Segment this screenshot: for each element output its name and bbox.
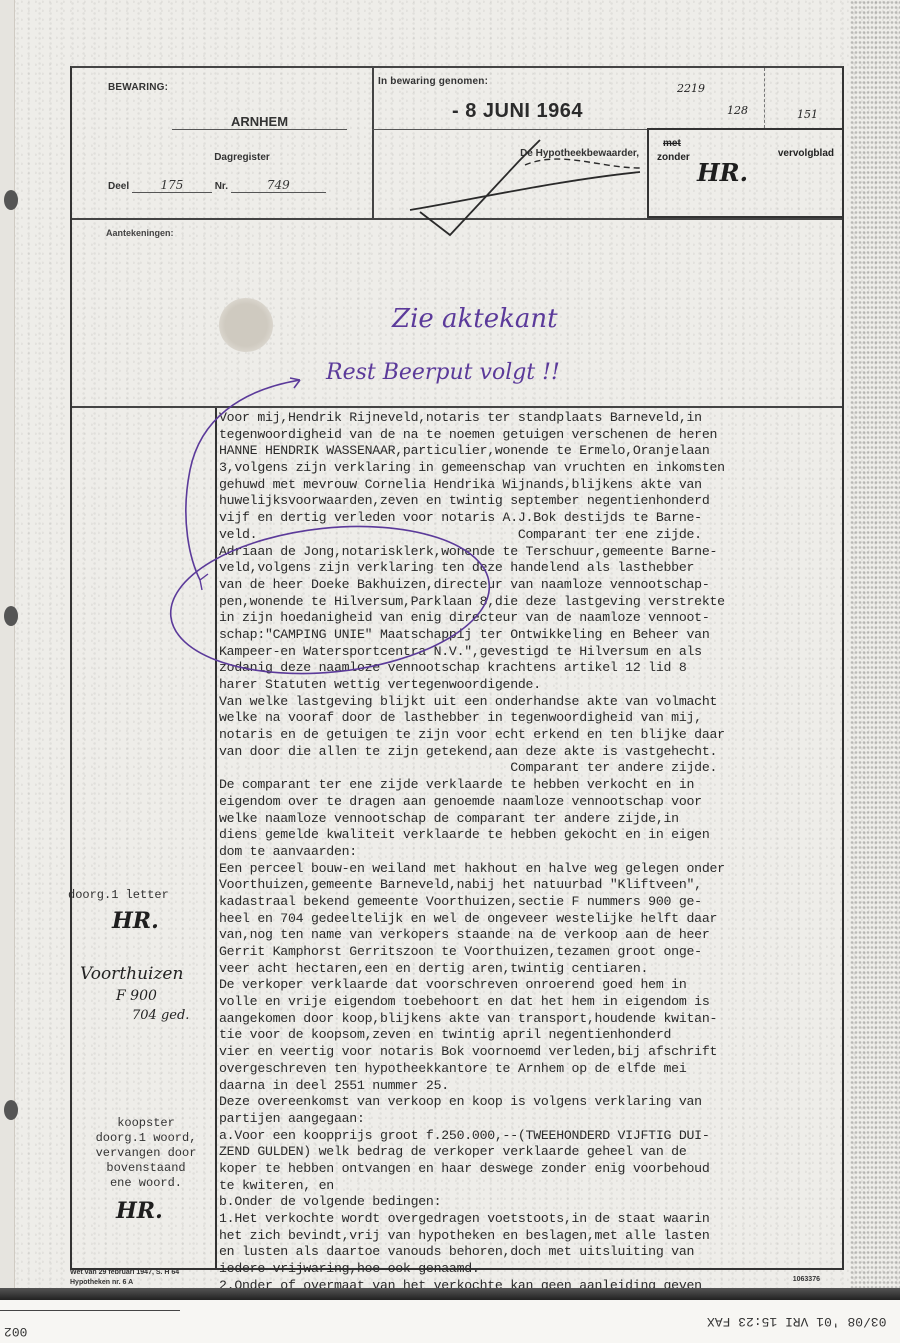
deed-line: vijf en dertig verleden voor notaris A.J… — [219, 510, 839, 527]
ref-number-1: 2219 — [677, 82, 705, 95]
bewaring-label: BEWARING: — [108, 82, 168, 93]
deed-line: veer acht hectaren,een en dertig aren,tw… — [219, 961, 839, 978]
deed-line: te kwiteren, en — [219, 1178, 839, 1195]
deed-line: koper te hebben ontvangen en haar desweg… — [219, 1161, 839, 1178]
margin-initials: HR. — [112, 908, 159, 934]
deed-line: van de heer Doeke Bakhuizen,directeur va… — [219, 577, 839, 594]
note-line: koopster — [86, 1116, 206, 1131]
margin-note-doorg-letter: doorg.1 letter — [68, 888, 169, 903]
vervolgblad-label: vervolgblad — [778, 148, 834, 159]
deed-line: eigendom over te dragen aan genoemde naa… — [219, 794, 839, 811]
margin-initials-2: HR. — [116, 1198, 163, 1224]
deed-line: dom te aanvaarden: — [219, 844, 839, 861]
fax-strip: 03/08 '01 VRI 15:23 FAX 002 — [0, 1300, 900, 1343]
paper-stain — [219, 298, 273, 352]
deed-line: diens gemelde kwaliteit verklaarde te he… — [219, 827, 839, 844]
divider — [372, 129, 647, 130]
deed-line: veld. Comparant ter ene zijde. — [219, 527, 839, 544]
register-label: Dagregister — [182, 152, 302, 163]
deed-line: van,nog ten name van verkopers staande n… — [219, 927, 839, 944]
punch-hole — [4, 190, 18, 210]
aantekeningen-label: Aantekeningen: — [106, 228, 174, 238]
scan-noise-edge — [850, 0, 900, 1300]
registration-box: BEWARING: ARNHEM Dagregister Deel 175 Nr… — [72, 68, 374, 218]
deed-line: tegenwoordigheid van de na te noemen get… — [219, 427, 839, 444]
initials-signature: HR. — [697, 158, 748, 187]
divider — [764, 68, 765, 128]
vervolgblad-box: met zonder vervolgblad HR. — [647, 128, 844, 218]
deed-line: vier en veertig voor notaris Bok voornoe… — [219, 1044, 839, 1061]
deed-line: 1.Het verkochte wordt overgedragen voets… — [219, 1211, 839, 1228]
deed-line: harer Statuten wettig vertegenwoordigend… — [219, 677, 839, 694]
ref-number-2: 128 — [727, 104, 748, 117]
note-line: doorg.1 woord, — [86, 1131, 206, 1146]
deed-line: De verkoper verklaarde dat voorschreven … — [219, 977, 839, 994]
deed-line: ZEND GULDEN) welk bedrag de verkoper ver… — [219, 1144, 839, 1161]
scan-edge-bar — [0, 1288, 900, 1300]
deed-line: Kampeer-en Watersportcentra N.V.",gevest… — [219, 644, 839, 661]
deed-line: heel en 704 gedeeltelijk en wel de ongev… — [219, 911, 839, 928]
deed-line: welke naamloze vennootschap de comparant… — [219, 811, 839, 828]
margin-parcel: 704 ged. — [132, 1008, 189, 1023]
met-label: met — [663, 138, 681, 149]
deed-line: partijen aangegaan: — [219, 1111, 839, 1128]
margin-column: doorg.1 letter HR. Voorthuizen F 900 704… — [72, 408, 217, 1268]
deed-line: HANNE HENDRIK WASSENAAR,particulier,wone… — [219, 443, 839, 460]
deed-line: volle en vrije eigendom toebehoort en da… — [219, 994, 839, 1011]
form-footer: Wet van 29 februari 1947, S. H 64 Hypoth… — [70, 1268, 179, 1288]
deed-line: kadastraal bekend gemeente Voorthuizen,s… — [219, 894, 839, 911]
deed-line: Deze overeenkomst van verkoop en koop is… — [219, 1094, 839, 1111]
deed-line: notaris en de getuigen te zijn voor echt… — [219, 727, 839, 744]
deel-label: Deel — [108, 181, 129, 192]
ref-number-3: 151 — [797, 108, 818, 121]
deed-line: b.Onder de volgende bedingen: — [219, 1194, 839, 1211]
deed-line: a.Voor een koopprijs groot f.250.000,--(… — [219, 1128, 839, 1145]
deed-line: De comparant ter ene zijde verklaarde te… — [219, 777, 839, 794]
deed-line: veld,volgens zijn verklaring ten deze ha… — [219, 560, 839, 577]
deed-line: Een perceel bouw-en weiland met hakhout … — [219, 861, 839, 878]
deed-line: Voor mij,Hendrik Rijneveld,notaris ter s… — [219, 410, 839, 427]
custody-box: In bewaring genomen: - 8 JUNI 1964 De Hy… — [372, 68, 647, 218]
divider — [72, 218, 842, 220]
punch-hole — [4, 1100, 18, 1120]
deed-line: 3,volgens zijn verklaring in gemeenschap… — [219, 460, 839, 477]
nr-value: 749 — [231, 178, 326, 193]
deed-line: Adriaan de Jong,notarisklerk,wonende te … — [219, 544, 839, 561]
law-reference: Wet van 29 februari 1947, S. H 64 — [70, 1268, 179, 1278]
deed-line: Van welke lastgeving blijkt uit een onde… — [219, 694, 839, 711]
punch-hole — [4, 606, 18, 626]
note-line: bovenstaand — [86, 1161, 206, 1176]
deel-nr-row: Deel 175 Nr. 749 — [108, 178, 353, 193]
deed-line: in zijn hoedanigheid van enig directeur … — [219, 610, 839, 627]
deed-body: doorg.1 letter HR. Voorthuizen F 900 704… — [72, 406, 842, 1270]
margin-place: Voorthuizen — [80, 964, 183, 984]
deed-line: huwelijksvoorwaarden,zeven en twintig se… — [219, 493, 839, 510]
nr-label: Nr. — [215, 181, 228, 192]
annotation-rest-beerput: Rest Beerput volgt !! — [326, 360, 560, 385]
fax-header: 03/08 '01 VRI 15:23 FAX — [707, 1314, 886, 1329]
date-stamp: - 8 JUNI 1964 — [452, 100, 583, 123]
deed-line: van door die allen te zijn getekend,aan … — [219, 744, 839, 761]
deed-line: daarna in deel 2551 nummer 25. — [219, 1078, 839, 1095]
form-reference: Hypotheken nr. 6 A — [70, 1278, 179, 1288]
deed-line: het zich bevindt,vrij van hypotheken en … — [219, 1228, 839, 1245]
reference-box: 2219 128 151 met zonder vervolgblad HR. — [647, 68, 842, 218]
deed-line: zodanig deze naamloze vennootschap krach… — [219, 660, 839, 677]
zonder-label: zonder — [657, 152, 690, 163]
fax-page-number: 002 — [4, 1324, 27, 1339]
deed-line: iedere vrijwaring,hoe ook genaamd. — [219, 1261, 839, 1278]
deed-line: schap:"CAMPING UNIE" Maatschappij ter On… — [219, 627, 839, 644]
deed-line: Voorthuizen,gemeente Barneveld,nabij het… — [219, 877, 839, 894]
deed-line: welke na vooraf door de lasthebber in te… — [219, 710, 839, 727]
deed-line: overgeschreven ten hypotheekkantore te A… — [219, 1061, 839, 1078]
deed-line: en lusten als daartoe vanouds behoren,do… — [219, 1244, 839, 1261]
divider — [0, 1310, 180, 1311]
deel-value: 175 — [132, 178, 212, 193]
deed-line: pen,wonende te Hilversum,Parklaan 8,die … — [219, 594, 839, 611]
hypotheekbewaarder-label: De Hypotheekbewaarder, — [520, 148, 639, 159]
deed-line: aangekomen door koop,blijkens akte van t… — [219, 1011, 839, 1028]
note-line: vervangen door — [86, 1146, 206, 1161]
margin-sectie: F 900 — [116, 988, 157, 1004]
annotation-zie-aktekant: Zie aktekant — [392, 304, 558, 334]
deed-line: tie voor de koopsom,zeven en twintig apr… — [219, 1027, 839, 1044]
deed-line: Comparant ter andere zijde. — [219, 760, 839, 777]
form-code: 1063376 — [793, 1276, 820, 1283]
deed-text: Voor mij,Hendrik Rijneveld,notaris ter s… — [219, 410, 839, 1328]
deed-line: Gerrit Kamphorst Gerritszoon te Voorthui… — [219, 944, 839, 961]
in-bewaring-label: In bewaring genomen: — [378, 76, 488, 87]
deed-form: BEWARING: ARNHEM Dagregister Deel 175 Nr… — [70, 66, 844, 1270]
note-line: ene woord. — [86, 1176, 206, 1191]
margin-note-koopster: koopster doorg.1 woord, vervangen door b… — [86, 1116, 206, 1191]
office-name: ARNHEM — [172, 114, 347, 130]
deed-line: gehuwd met mevrouw Cornelia Hendrika Wij… — [219, 477, 839, 494]
